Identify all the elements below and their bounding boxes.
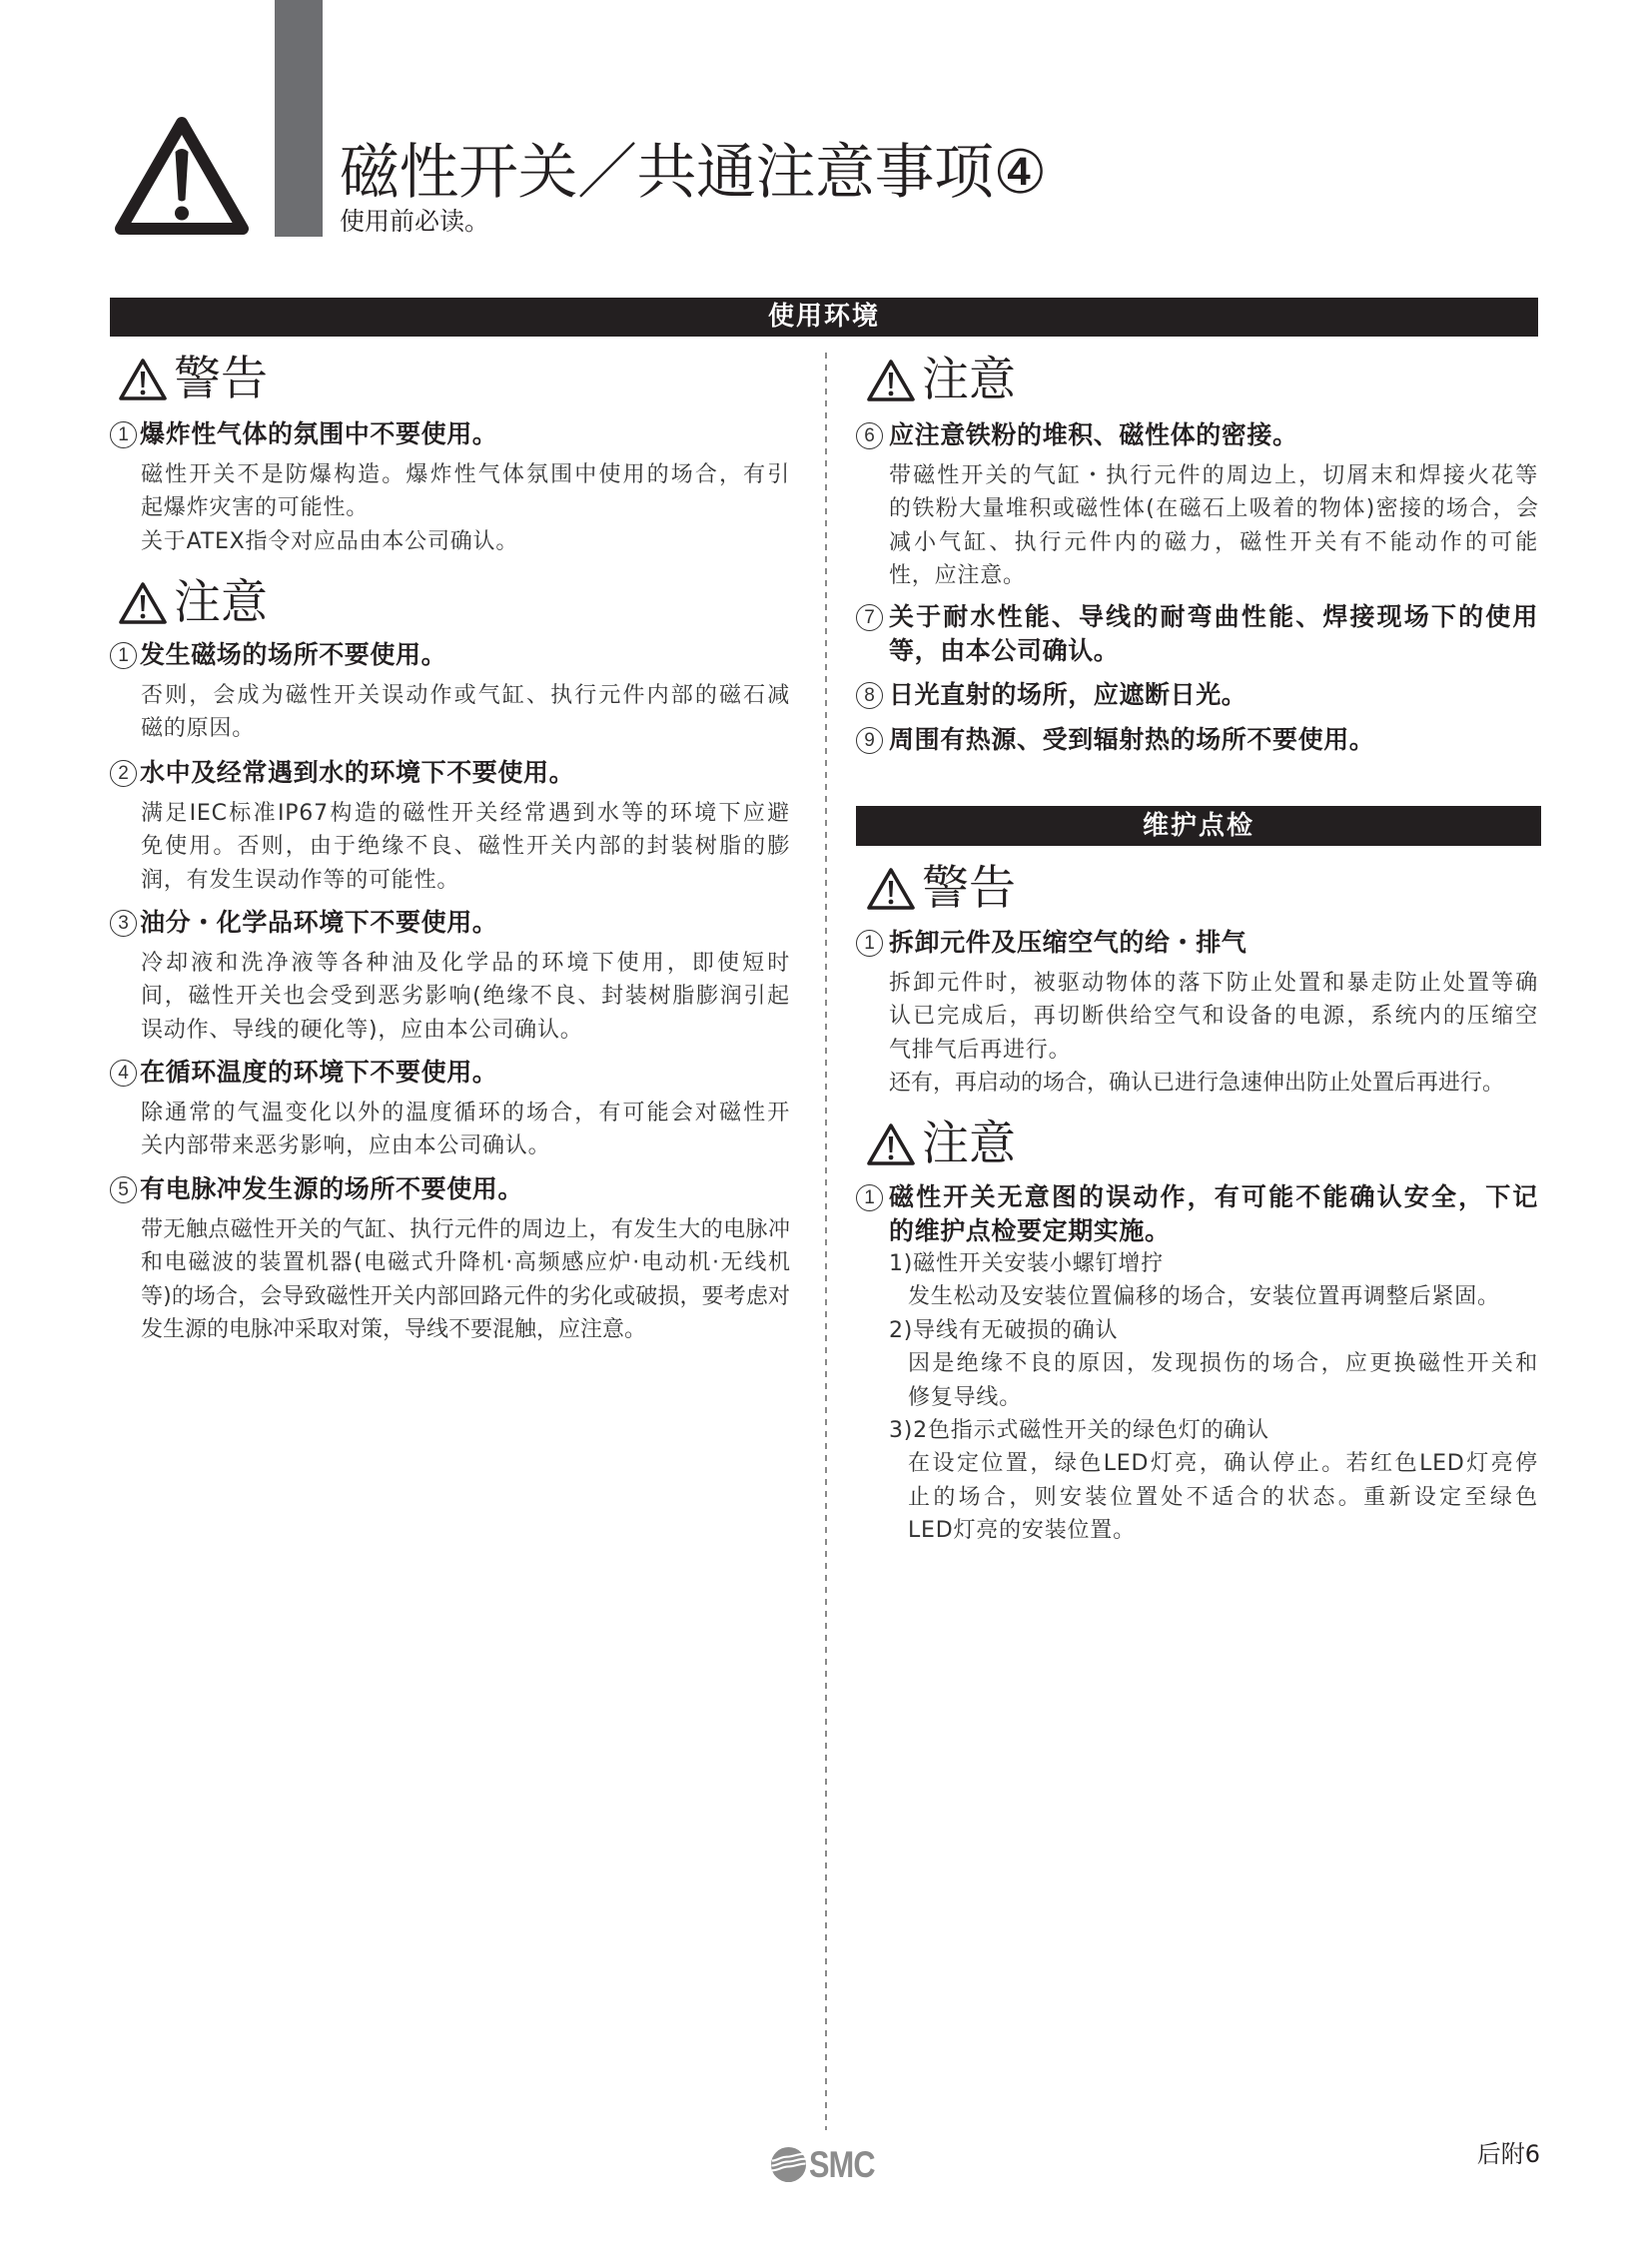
- body-line: 关内部带来恶劣影响，应由本公司确认。: [141, 1129, 790, 1162]
- item-title-continued: 的维护点检要定期实施。: [889, 1214, 1541, 1248]
- body-line: 带无触点磁性开关的气缸、执行元件的周边上，有发生大的电脉冲: [141, 1213, 790, 1246]
- warning-triangle-icon: [866, 1122, 916, 1166]
- body-line: 和电磁波的装置机器(电磁式升降机·高频感应炉·电动机·无线机: [141, 1246, 790, 1279]
- item-body: 带磁性开关的气缸・执行元件的周边上，切屑末和焊接火花等 的铁粉大量堆积或磁性体(…: [856, 459, 1541, 593]
- body-line: 减小气缸、执行元件内的磁力，磁性开关有不能动作的可能: [889, 526, 1538, 559]
- list-item: 6 应注意铁粉的堆积、磁性体的密接。 带磁性开关的气缸・执行元件的周边上，切屑末…: [856, 418, 1541, 593]
- list-item: 7 关于耐水性能、导线的耐弯曲性能、焊接现场下的使用 等，由本公司确认。: [856, 600, 1541, 668]
- item-title: 水中及经常遇到水的环境下不要使用。: [140, 756, 574, 790]
- column-divider: [825, 353, 827, 2130]
- item-body: 满足IEC标准IP67构造的磁性开关经常遇到水等的环境下应避 免使用。否则，由于…: [110, 797, 791, 897]
- list-item: 1 拆卸元件及压缩空气的给・排气 拆卸元件时，被驱动物体的落下防止处置和暴走防止…: [856, 926, 1541, 1101]
- body-line: 误动作、导线的硬化等)，应由本公司确认。: [141, 1014, 790, 1047]
- list-item: 2 水中及经常遇到水的环境下不要使用。 满足IEC标准IP67构造的磁性开关经常…: [110, 756, 791, 897]
- body-line: 冷却液和洗净液等各种油及化学品的环境下使用，即使短时: [141, 947, 790, 980]
- heading-label: 注意: [922, 1117, 1016, 1172]
- section-header-maintenance: 维护点检: [856, 806, 1541, 846]
- item-body: 除通常的气温变化以外的温度循环的场合，有可能会对磁性开 关内部带来恶劣影响，应由…: [110, 1097, 791, 1163]
- item-title: 周围有热源、受到辐射热的场所不要使用。: [889, 723, 1374, 757]
- item-title: 油分・化学品环境下不要使用。: [140, 906, 497, 940]
- item-number: 9: [856, 727, 883, 754]
- list-item: 8 日光直射的场所，应遮断日光。: [856, 678, 1541, 712]
- caution-heading: 注意: [118, 575, 268, 631]
- body-line: 否则，会成为磁性开关误动作或气缸、执行元件内部的磁石减: [141, 679, 790, 712]
- item-title: 日光直射的场所，应遮断日光。: [889, 678, 1246, 712]
- item-number: 7: [856, 604, 883, 631]
- item-title: 有电脉冲发生源的场所不要使用。: [140, 1172, 523, 1206]
- list-item: 1 发生磁场的场所不要使用。 否则，会成为磁性开关误动作或气缸、执行元件内部的磁…: [110, 638, 791, 746]
- list-item: 3 油分・化学品环境下不要使用。 冷却液和洗净液等各种油及化学品的环境下使用，即…: [110, 906, 791, 1047]
- heading-label: 注意: [922, 353, 1016, 408]
- item-body: 磁性开关不是防爆构造。爆炸性气体氛围中使用的场合，有引 起爆炸灾害的可能性。 关…: [110, 458, 791, 558]
- item-number: 6: [856, 422, 883, 449]
- item-title-continued: 等，由本公司确认。: [889, 634, 1541, 668]
- item-title: 发生磁场的场所不要使用。: [140, 638, 446, 672]
- page-number: 后附6: [1477, 2142, 1540, 2166]
- list-item: 1 爆炸性气体的氛围中不要使用。 磁性开关不是防爆构造。爆炸性气体氛围中使用的场…: [110, 417, 791, 558]
- sub-item-line: 止的场合，则安装位置处不适合的状态。重新设定至绿色: [856, 1481, 1538, 1514]
- sub-item-line: 在设定位置，绿色LED灯亮，确认停止。若红色LED灯亮停: [856, 1447, 1538, 1480]
- body-line: 磁性开关不是防爆构造。爆炸性气体氛围中使用的场合，有引: [141, 458, 790, 491]
- body-line: 性，应注意。: [889, 559, 1538, 592]
- warning-triangle-icon: [866, 359, 916, 402]
- body-line: 气排气后再进行。: [889, 1034, 1538, 1067]
- item-number: 3: [110, 910, 137, 937]
- body-line: 起爆炸灾害的可能性。: [141, 491, 790, 524]
- body-line: 润，有发生误动作等的可能性。: [141, 864, 790, 897]
- item-body: 否则，会成为磁性开关误动作或气缸、执行元件内部的磁石减 磁的原因。: [110, 679, 791, 746]
- body-line: 关于ATEX指令对应品由本公司确认。: [141, 525, 790, 558]
- item-body: 冷却液和洗净液等各种油及化学品的环境下使用，即使短时 间，磁性开关也会受到恶劣影…: [110, 947, 791, 1047]
- sub-item-line: 因是绝缘不良的原因，发现损伤的场合，应更换磁性开关和: [856, 1347, 1538, 1380]
- warning-heading: 警告: [118, 352, 268, 407]
- caution-heading: 注意: [866, 353, 1016, 408]
- list-item: 4 在循环温度的环境下不要使用。 除通常的气温变化以外的温度循环的场合，有可能会…: [110, 1056, 791, 1163]
- item-title: 关于耐水性能、导线的耐弯曲性能、焊接现场下的使用: [889, 600, 1538, 634]
- item-number: 1: [110, 421, 137, 448]
- warning-triangle-icon: [118, 358, 168, 401]
- body-line: 满足IEC标准IP67构造的磁性开关经常遇到水等的环境下应避: [141, 797, 790, 830]
- list-item: 1 磁性开关无意图的误动作，有可能不能确认安全，下记 的维护点检要定期实施。 1…: [856, 1180, 1541, 1548]
- heading-label: 注意: [174, 575, 268, 631]
- body-line: 认已完成后，再切断供给空气和设备的电源，系统内的压缩空: [889, 1000, 1538, 1033]
- list-item: 9 周围有热源、受到辐射热的场所不要使用。: [856, 723, 1541, 757]
- item-body: 拆卸元件时，被驱动物体的落下防止处置和暴走防止处置等确 认已完成后，再切断供给空…: [856, 967, 1541, 1101]
- heading-label: 警告: [922, 861, 1016, 917]
- sub-item-line: LED灯亮的安装位置。: [856, 1514, 1538, 1547]
- warning-heading: 警告: [866, 861, 1016, 917]
- left-column: 警告 1 爆炸性气体的氛围中不要使用。 磁性开关不是防爆构造。爆炸性气体氛围中使…: [110, 0, 791, 2241]
- item-number: 1: [856, 930, 883, 957]
- heading-label: 警告: [174, 352, 268, 407]
- section-title: 维护点检: [1143, 811, 1254, 841]
- body-line: 等)的场合，会导致磁性开关内部回路元件的劣化或破损，要考虑对: [141, 1280, 790, 1313]
- body-line: 的铁粉大量堆积或磁性体(在磁石上吸着的物体)密接的场合，会: [889, 492, 1538, 525]
- item-number: 1: [110, 642, 137, 669]
- caution-heading: 注意: [866, 1117, 1016, 1172]
- item-number: 2: [110, 760, 137, 787]
- sub-item-line: 发生松动及安装位置偏移的场合，安装位置再调整后紧固。: [856, 1280, 1538, 1313]
- brand-logo: SMC: [770, 2145, 888, 2183]
- item-number: 5: [110, 1176, 137, 1203]
- brand-name: SMC: [809, 2146, 875, 2183]
- body-line: 发生源的电脉冲采取对策，导线不要混触，应注意。: [141, 1313, 790, 1346]
- item-number: 1: [856, 1184, 883, 1211]
- list-item: 5 有电脉冲发生源的场所不要使用。 带无触点磁性开关的气缸、执行元件的周边上，有…: [110, 1172, 791, 1347]
- body-line: 还有，再启动的场合，确认已进行急速伸出防止处置后再进行。: [889, 1067, 1538, 1100]
- item-title: 磁性开关无意图的误动作，有可能不能确认安全，下记: [889, 1180, 1538, 1214]
- sub-item-label: 2)导线有无破损的确认: [856, 1314, 1538, 1347]
- body-line: 除通常的气温变化以外的温度循环的场合，有可能会对磁性开: [141, 1097, 790, 1129]
- body-line: 带磁性开关的气缸・执行元件的周边上，切屑末和焊接火花等: [889, 459, 1538, 492]
- sub-item-label: 3)2色指示式磁性开关的绿色灯的确认: [856, 1414, 1538, 1447]
- item-title: 拆卸元件及压缩空气的给・排气: [889, 926, 1246, 960]
- item-title: 爆炸性气体的氛围中不要使用。: [140, 417, 497, 451]
- item-title: 在循环温度的环境下不要使用。: [140, 1056, 497, 1090]
- item-body: 带无触点磁性开关的气缸、执行元件的周边上，有发生大的电脉冲 和电磁波的装置机器(…: [110, 1213, 791, 1347]
- item-number: 4: [110, 1060, 137, 1087]
- body-line: 磁的原因。: [141, 712, 790, 745]
- sub-item-label: 1)磁性开关安装小螺钉增拧: [856, 1247, 1538, 1280]
- sub-list: 1)磁性开关安装小螺钉增拧 发生松动及安装位置偏移的场合，安装位置再调整后紧固。…: [856, 1247, 1541, 1548]
- smc-emblem-icon: [770, 2146, 807, 2183]
- item-number: 8: [856, 682, 883, 709]
- body-line: 拆卸元件时，被驱动物体的落下防止处置和暴走防止处置等确: [889, 967, 1538, 1000]
- warning-triangle-icon: [118, 581, 168, 625]
- sub-item-line: 修复导线。: [856, 1381, 1538, 1414]
- right-column: 注意 6 应注意铁粉的堆积、磁性体的密接。 带磁性开关的气缸・执行元件的周边上，…: [856, 0, 1541, 2241]
- warning-triangle-icon: [866, 867, 916, 911]
- body-line: 免使用。否则，由于绝缘不良、磁性开关内部的封装树脂的膨: [141, 830, 790, 863]
- body-line: 间，磁性开关也会受到恶劣影响(绝缘不良、封装树脂膨润引起: [141, 980, 790, 1013]
- item-title: 应注意铁粉的堆积、磁性体的密接。: [889, 418, 1298, 452]
